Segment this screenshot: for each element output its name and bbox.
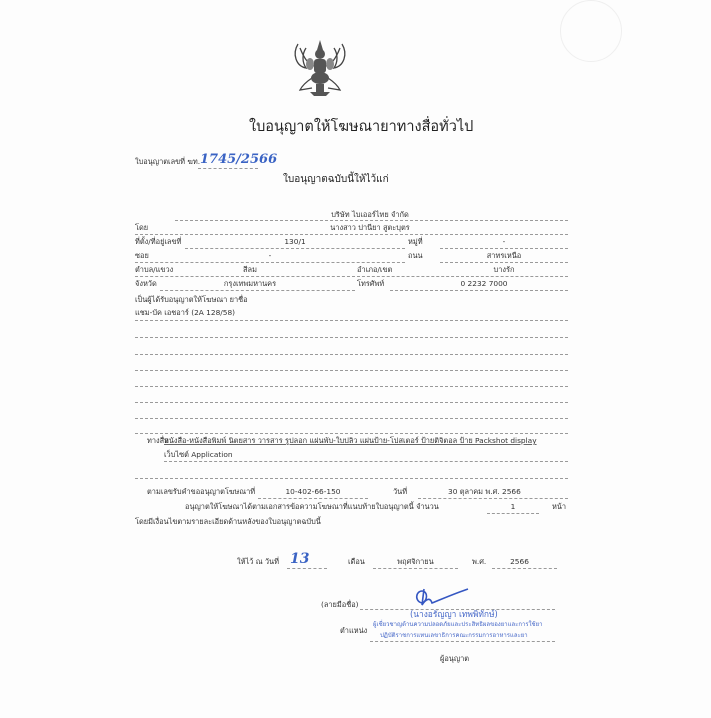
position-line-1: ผู้เชี่ยวชาญด้านความปลอดภัยและประสิทธิผล… xyxy=(373,621,543,629)
signature-icon xyxy=(412,585,472,611)
document-title: ใบอนุญาตให้โฆษณายาทางสื่อทั่วไป xyxy=(249,118,473,136)
media-line-1: หนังสือ-หนังสือพิมพ์ นิตยสาร วารสาร รูปล… xyxy=(164,436,537,446)
phone-value: 0 2232 7000 xyxy=(400,279,568,289)
address-no-label: ที่ตั้ง/ที่อยู่เลขที่ xyxy=(135,237,181,247)
province-value: กรุงเทพมหานคร xyxy=(175,279,325,289)
subdistrict-value: สีลม xyxy=(185,265,315,275)
license-document: ใบอนุญาตให้โฆษณายาทางสื่อทั่วไป ใบอนุญาต… xyxy=(0,0,711,718)
signer-name: (นางอรัญญา เทพพิทักษ์) xyxy=(410,609,498,619)
subdistrict-label: ตำบล/แขวง xyxy=(135,265,173,275)
moo-label: หมู่ที่ xyxy=(408,237,423,247)
month-label: เดือน xyxy=(348,557,365,567)
month-value: พฤศจิกายน xyxy=(373,557,458,567)
license-number-label: ใบอนุญาตเลขที่ ฆท. xyxy=(135,157,200,167)
request-date-value: 30 ตุลาคม พ.ศ. 2566 xyxy=(448,487,521,497)
issued-day: 13 xyxy=(290,552,309,567)
issued-label: ให้ไว้ ณ วันที่ xyxy=(237,557,279,567)
province-label: จังหวัด xyxy=(135,279,157,289)
drug-name: แชม-บัค เอชอาร์ (2A 128/58) xyxy=(135,308,235,318)
district-value: บางรัก xyxy=(440,265,568,275)
pages-count: 1 xyxy=(487,502,539,512)
license-number-value: 1745/2566 xyxy=(200,153,277,167)
subtitle: ใบอนุญาตฉบับนี้ให้ไว้แก่ xyxy=(283,173,389,186)
by-label: โดย xyxy=(135,223,148,233)
drug-label: เป็นผู้ได้รับอนุญาตให้โฆษณา ยาชื่อ xyxy=(135,295,248,305)
conditions-text: โดยมีเงื่อนไขตามรายละเอียดด้านหลังของใบอ… xyxy=(135,517,321,527)
request-number-label: ตามเลขรับคำขออนุญาตโฆษณาที่ xyxy=(147,487,255,497)
road-value: สาทรเหนือ xyxy=(440,251,568,261)
by-value: นางสาว ปานียา สูตะบุตร xyxy=(175,223,565,233)
position-label: ตำแหน่ง xyxy=(340,626,367,636)
phone-label: โทรศัพท์ xyxy=(357,279,384,289)
request-number-value: 10-402-66-150 xyxy=(258,487,368,497)
media-line-2: เว็บไซต์ Application xyxy=(164,450,233,460)
year-value: 2566 xyxy=(492,557,547,567)
soi-value: - xyxy=(135,251,405,261)
position-line-2: ปฏิบัติราชการแทนเลขาธิการคณะกรรมการอาหาร… xyxy=(380,632,528,640)
permit-text: อนุญาตให้โฆษณาได้ตามเอกสารข้อความโฆษณาที… xyxy=(185,502,439,512)
scan-artifact xyxy=(560,0,622,62)
road-label: ถนน xyxy=(408,251,423,261)
address-no-value: 130/1 xyxy=(185,237,405,247)
pages-unit: หน้า xyxy=(552,502,566,512)
garuda-emblem-icon xyxy=(290,38,350,98)
year-label: พ.ศ. xyxy=(472,557,486,567)
moo-value: - xyxy=(440,237,568,247)
signature-label: (ลายมือชื่อ) xyxy=(321,600,359,610)
company-name: บริษัท ไบเออร์ไทย จำกัด xyxy=(175,210,565,220)
licensor-label: ผู้อนุญาต xyxy=(440,654,469,664)
request-date-label: วันที่ xyxy=(393,487,407,497)
district-label: อำเภอ/เขต xyxy=(357,265,392,275)
